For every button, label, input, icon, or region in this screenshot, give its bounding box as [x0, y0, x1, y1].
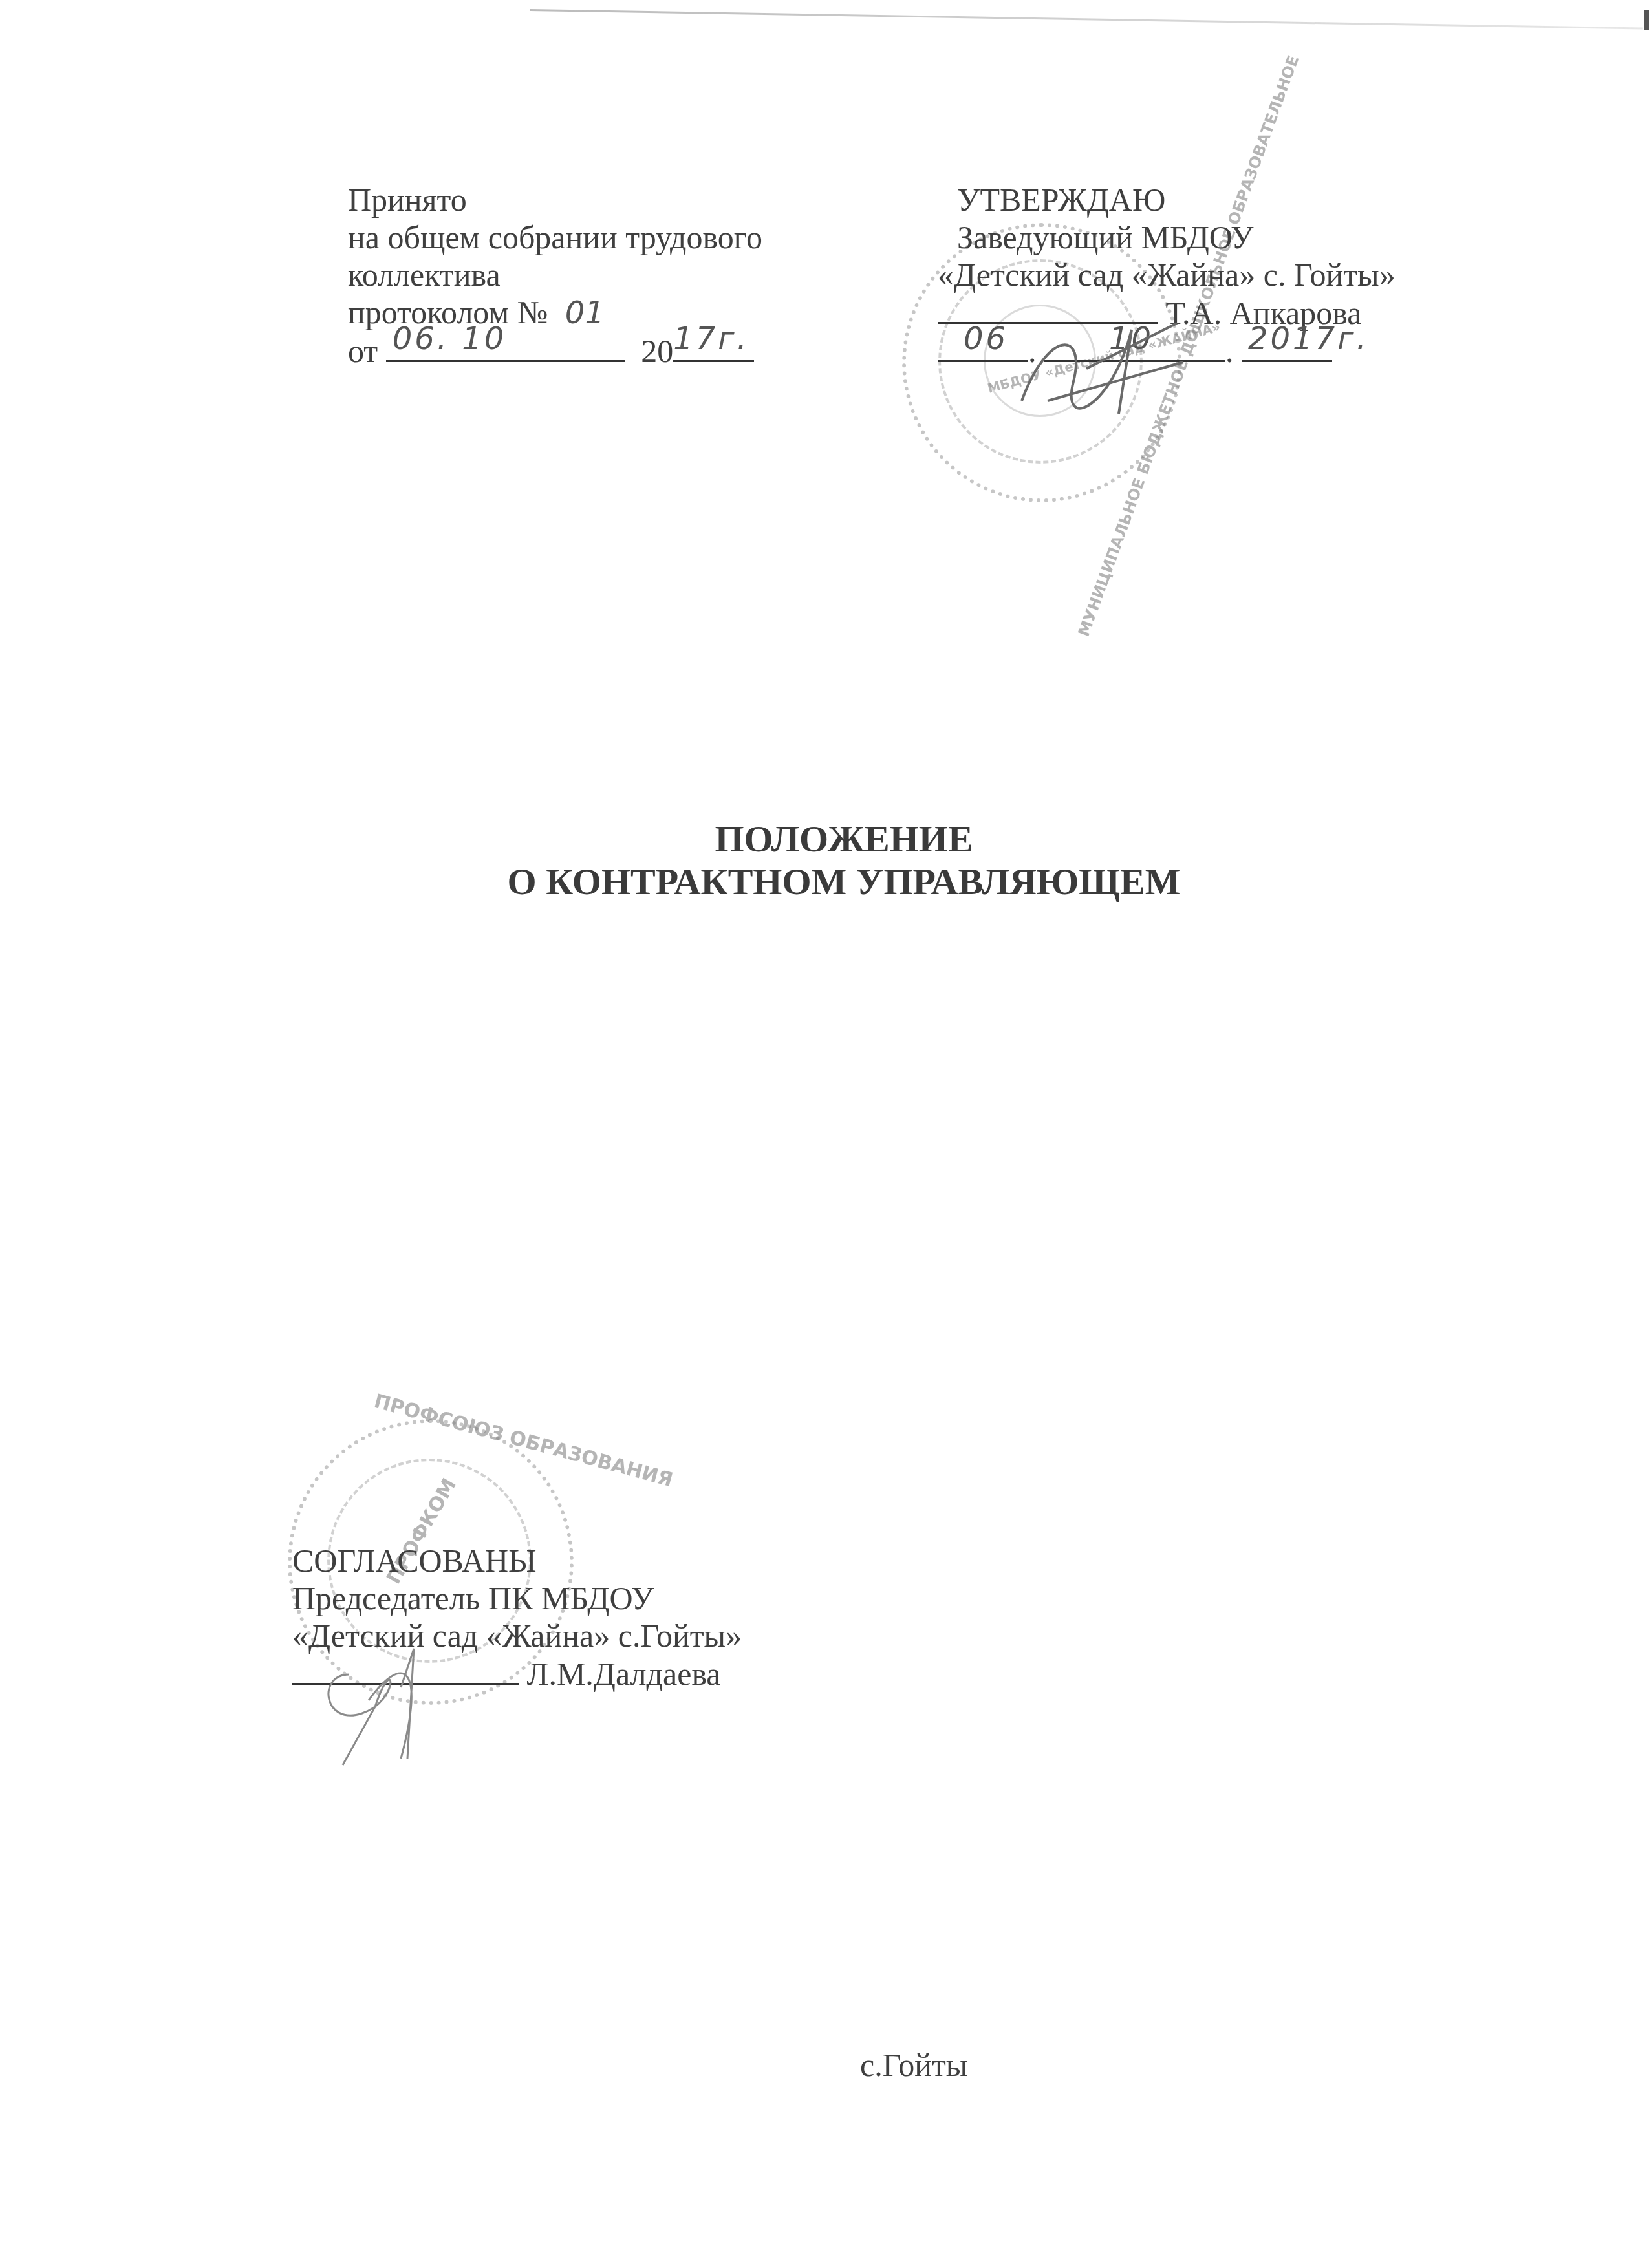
- approved-position: Заведующий МБДОУ: [957, 219, 1396, 256]
- title-line-2: О КОНТРАКТНОМ УПРАВЛЯЮЩЕМ: [0, 861, 1649, 903]
- title-line-1: ПОЛОЖЕНИЕ: [0, 818, 1649, 861]
- approved-day-handwritten: 06: [964, 320, 1008, 358]
- agreed-signature-icon: [304, 1636, 485, 1771]
- year-underline: 17г.: [673, 332, 754, 362]
- date-underline: 06. 10: [386, 332, 625, 362]
- approved-heading: УТВЕРЖДАЮ: [957, 181, 1396, 219]
- year-handwritten: 17г.: [673, 320, 749, 358]
- approved-year-handwritten: 2017г.: [1248, 320, 1369, 358]
- scan-corner-mark: [1644, 10, 1649, 30]
- agreed-position: Председатель ПК МБДОУ: [292, 1579, 742, 1617]
- accepted-line-1: Принято: [348, 181, 762, 219]
- accepted-date-line: от 06. 10 2017г.: [348, 332, 762, 370]
- agreed-signatory: Л.М.Далдаева: [527, 1656, 721, 1692]
- agreed-heading: СОГЛАСОВАНЫ: [292, 1542, 742, 1579]
- date-prefix: от: [348, 333, 378, 369]
- document-title: ПОЛОЖЕНИЕ О КОНТРАКТНОМ УПРАВЛЯЮЩЕМ: [0, 818, 1649, 903]
- accepted-line-3: коллектива: [348, 256, 762, 294]
- approved-signature-icon: [1009, 304, 1190, 433]
- scan-edge-line: [530, 9, 1643, 30]
- place-name: с.Гойты: [860, 2046, 967, 2084]
- year-prefix: 20: [641, 333, 673, 369]
- accepted-line-2: на общем собрании трудового: [348, 219, 762, 256]
- date-handwritten: 06. 10: [393, 320, 507, 358]
- protocol-number-handwritten: 01: [565, 295, 605, 331]
- approved-organization: «Детский сад «Жайна» с. Гойты»: [938, 256, 1396, 294]
- approved-year-underline: 2017г.: [1242, 332, 1332, 362]
- accepted-block: Принято на общем собрании трудового колл…: [348, 181, 762, 370]
